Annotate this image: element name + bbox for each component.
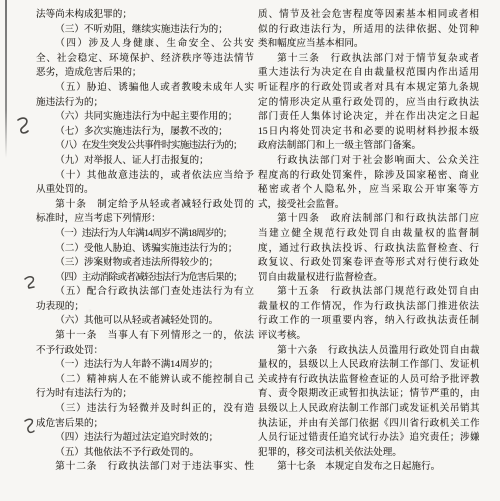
text-line: （四）主动消除或者减轻违法行为危害后果的； [36,271,254,286]
scan-edge-artifact [5,0,7,158]
text-line: 行为时有违法行为的； [36,387,254,402]
text-line: 第十一条 当事人有下列情形之一的，依法 [36,329,254,344]
text-line: 法等尚未构成犯罪的； [36,8,254,23]
text-line: 行政执法部门对于社会影响面大、公众关注 [258,154,479,169]
text-line: 成危害后果的； [36,417,254,432]
text-line: 第十四条 政府法制部门和行政执法部门应 [258,212,479,227]
text-line: 行政工作的一项重要内容，纳入行政执法责任制 [258,314,479,329]
text-line: 施违法行为的； [36,96,254,111]
text-line: 重大违法行为决定在自由裁量权范围内作出适用 [258,66,479,81]
left-column: 法等尚未构成犯罪的；（三）不听劝阻，继续实施违法行为的；（四）涉及人身健康、生命… [36,8,254,475]
text-line: 部门责任人集体讨论决定，并在作出决定之日起 [258,110,479,125]
text-line: 罚自由裁量权进行监督检查。 [258,271,479,286]
text-line: 全、社会稳定、环境保护、经济秩序等违法情节 [36,52,254,67]
text-line: 标准时，应当考虑下列情形： [36,212,254,227]
text-line: 犯罪的，移交司法机关依法处理。 [258,446,479,461]
text-line: 育、责令限期改正或暂扣执法证；情节严重的，由 [258,387,479,402]
text-line: （八）在发生突发公共事件时实施违法行为的； [36,139,254,154]
text-line: 量权的，县级以上人民政府法制工作部门、发证机 [258,358,479,373]
text-line: 当建立健全规范行政处罚自由裁量权的监督制 [258,227,479,242]
text-line: 第十条 制定给予从轻或者减轻行政处罚的 [36,198,254,213]
text-line: （二）精神病人在不能辨认或不能控制自己 [36,373,254,388]
text-line: 评议考核。 [258,329,479,344]
text-line: 15日内将处罚决定书和必要的说明材料抄报本级 [258,125,479,140]
text-line: （十）其他故意违法的，或者依法应当给予 [36,169,254,184]
text-line: 政府法制部门和上一级主管部门备案。 [258,139,479,154]
text-line: 第十五条 行政执法部门规范行政处罚自由 [258,285,479,300]
text-line: 关或持有行政执法监督检查证的人员可给予批评教 [258,373,479,388]
text-line: 从重处罚的。 [36,183,254,198]
text-line: 裁量权的工作情况，作为行政执法部门推进依法 [258,300,479,315]
text-line: （四）违法行为超过法定追究时效的； [36,431,254,446]
text-line: 似的行政违法行为，所适用的法律依据、处罚种 [258,23,479,38]
text-line: 政复议、行政处罚案卷评查等形式对行使行政处 [258,256,479,271]
text-line: （六）共同实施违法行为中起主要作用的； [36,110,254,125]
text-line: 度，通过行政执法投诉、行政执法监督检查、行 [258,242,479,257]
text-line: 类和幅度应当基本相同。 [258,37,479,52]
text-line: 秘密或者个人隐私外，应当采取公开审案等方 [258,183,479,198]
text-line: （五）其他依法不予行政处罚的。 [36,446,254,461]
text-line: （一）违法行为人年满14周岁不满18周岁的； [36,227,254,242]
right-column: 质、情节及社会危害程度等因素基本相同或者相似的行政违法行为，所适用的法律依据、处… [258,8,479,475]
text-line: （一）违法行为人年龄不满14周岁的； [36,358,254,373]
text-line: （九）对举报人、证人打击报复的； [36,154,254,169]
text-line: （三）涉案财物或者违法所得较少的； [36,256,254,271]
text-line: 听证程序的行政处罚或者对具有本规定第九条规 [258,81,479,96]
text-line: （二）受他人胁迫、诱骗实施违法行为的； [36,242,254,257]
text-line: 第十二条 行政执法部门对于违法事实、性 [36,460,254,475]
text-line: （五）胁迫、诱骗他人或者教唆未成年人实 [36,81,254,96]
text-line: 程度高的行政处罚案件，除涉及国家秘密、商业 [258,169,479,184]
text-line: （三）违法行为轻微并及时纠正的，没有造 [36,402,254,417]
text-line: 执法证，并由有关部门依据《四川省行政机关工作 [258,417,479,432]
ink-mark-icon [15,116,33,136]
text-line: 人员行证过错责任追究试行办法》追究责任；涉嫌 [258,431,479,446]
text-line: 恶劣，造成危害后果的； [36,66,254,81]
text-line: 不予行政处罚： [36,344,254,359]
text-line: 功表现的； [36,300,254,315]
text-line: 第十七条 本规定自发布之日起施行。 [258,460,479,475]
text-line: （七）多次实施违法行为，屡教不改的； [36,125,254,140]
text-line: 质、情节及社会危害程度等因素基本相同或者相 [258,8,479,23]
text-line: 式，接受社会监督。 [258,198,479,213]
text-line: 第十六条 行政执法人员滥用行政处罚自由裁 [258,344,479,359]
text-line: （三）不听劝阻，继续实施违法行为的； [36,23,254,38]
ink-mark-icon [23,417,37,436]
text-line: （四）涉及人身健康、生命安全、公共安 [36,37,254,52]
text-line: （六）其他可以从轻或者减轻处罚的。 [36,314,254,329]
text-line: （五）配合行政执法部门查处违法行为有立 [36,285,254,300]
scanned-document-page: 法等尚未构成犯罪的；（三）不听劝阻，继续实施违法行为的；（四）涉及人身健康、生命… [0,0,500,501]
text-line: 定的情形决定从重行政处罚的，应当由行政执法 [258,96,479,111]
text-line: 第十三条 行政执法部门对于情节复杂或者 [258,52,479,67]
text-line: 县级以上人民政府法制工作部门或发证机关吊销其 [258,402,479,417]
